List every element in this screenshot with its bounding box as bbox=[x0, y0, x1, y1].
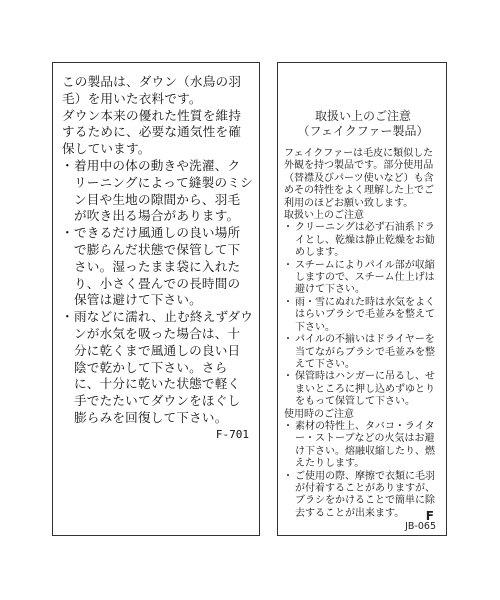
label-code: JB-065 bbox=[284, 521, 442, 532]
handling-bullet: 保管時はハンガーに吊るし、せまいところに押し込めずゆとりをもって保管して下さい。 bbox=[284, 371, 442, 408]
down-care-label: この製品は、ダウン（水鳥の羽毛）を用いた衣料です。 ダウン本来の優れた性質を維持… bbox=[52, 62, 260, 536]
care-bullet: できるだけ風通しの良い場所で膨らんだ状態で保管して下さい。湿ったまま袋に入れたり… bbox=[62, 225, 253, 309]
section-heading-handling: 取扱い上のご注意 bbox=[284, 210, 442, 222]
usage-bullet: ご使用の際、摩擦で衣類に毛羽が付着することがありますが、ブラシをかけることで簡単… bbox=[284, 471, 442, 521]
title-line-1: 取扱い上のご注意 bbox=[284, 109, 442, 124]
handling-bullet: パイルの不揃いはドライヤーを当てながらブラシで毛並みを整えて下さい。 bbox=[284, 334, 442, 371]
label-code: F-701 bbox=[62, 428, 253, 441]
handling-bullet: スチームによりパイル部が収縮しますので、スチーム仕上げは避けて下さい。 bbox=[284, 260, 442, 297]
intro-text-2: ダウン本来の優れた性質を維持するために、必要な通気性を確保しています。 bbox=[62, 108, 253, 158]
intro-text: フェイクファーは毛皮に類似した外観を持つ製品です。部分使用品（替襟及びパーツ使い… bbox=[284, 148, 442, 210]
usage-bullet: 素材の特性上、タバコ・ライター・ストーブなどの火気はお避け下さい。熔融収縮したり… bbox=[284, 421, 442, 471]
care-bullet: 雨などに濡れ、止む終えずダウンが水気を吸った場合は、十分に乾くまで風通しの良い日… bbox=[62, 309, 253, 427]
section-heading-usage: 使用時のご注意 bbox=[284, 409, 442, 421]
handling-bullet: 雨・雪にぬれた時は水気をよくはらいブラシで毛並みを整えて下さい。 bbox=[284, 297, 442, 334]
care-bullet: 着用中の体の動きや洗濯、クリーニングによって縫製のミシン目や生地の隙間から、羽毛… bbox=[62, 158, 253, 225]
title-line-2: （フェイクファー製品） bbox=[284, 124, 442, 139]
label-letter: F bbox=[426, 509, 434, 523]
fake-fur-care-label: 取扱い上のご注意 （フェイクファー製品） フェイクファーは毛皮に類似した外観を持… bbox=[277, 62, 447, 536]
intro-text-1: この製品は、ダウン（水鳥の羽毛）を用いた衣料です。 bbox=[62, 74, 253, 108]
handling-bullet: クリーニングは必ず石油系ドライとし、乾燥は静止乾燥をお勧めします。 bbox=[284, 222, 442, 259]
label-title: 取扱い上のご注意 （フェイクファー製品） bbox=[284, 109, 442, 138]
